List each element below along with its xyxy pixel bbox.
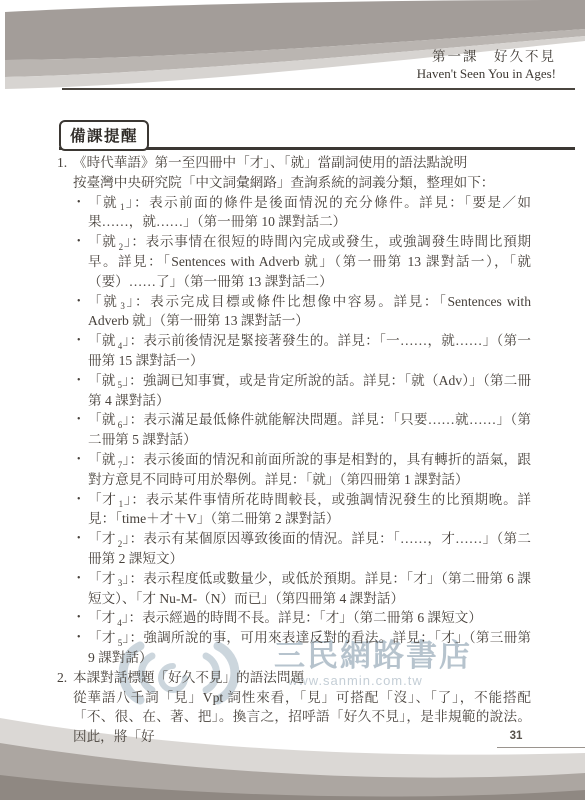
bullet-dot-icon: • xyxy=(77,529,88,569)
grammar-bullet: •「就2」：表示事情在很短的時間內完成或發生，或強調發生時間比預期早。詳見：「S… xyxy=(77,232,531,291)
item-number: 2. xyxy=(57,668,73,747)
document-page: 第一課 好久不見 Haven't Seen You in Ages! 備課提醒 … xyxy=(0,0,585,800)
header-rule xyxy=(62,88,575,90)
grammar-bullet-list: •「就1」：表示前面的條件是後面情況的充分條件。詳見：「要是／如果……，就……」… xyxy=(73,193,531,668)
bullet-dot-icon: • xyxy=(77,569,88,609)
grammar-bullet: •「才1」：表示某件事情所花時間較長，或強調情況發生的比預期晚。詳見：「time… xyxy=(77,490,531,530)
bullet-text: 「才3」：表示程度低或數量少，或低於預期。詳見：「才」（第二冊第 6 課短文）、… xyxy=(88,569,531,609)
item-body: 本課對話標題「好久不見」的語法問題 從華語八千詞「見」Vpt 詞性來看，「見」可… xyxy=(73,668,531,747)
section-title: 備課提醒 xyxy=(70,128,138,145)
bullet-dot-icon: • xyxy=(77,608,88,628)
grammar-bullet: •「才5」：強調所說的事，可用來表達反對的看法。詳見：「才」（第三冊第 9 課對… xyxy=(77,628,531,668)
bullet-text: 「才2」：表示有某個原因導致後面的情況。詳見：「……，才……」（第二冊第 2 課… xyxy=(88,529,531,569)
bullet-dot-icon: • xyxy=(77,292,88,332)
bullet-dot-icon: • xyxy=(77,628,88,668)
item1-intro: 按臺灣中央研究院「中文詞彙網路」查詢系統的詞義分類，整理如下： xyxy=(73,173,531,193)
grammar-bullet: •「就1」：表示前面的條件是後面情況的充分條件。詳見：「要是／如果……，就……」… xyxy=(77,193,531,233)
grammar-bullet: •「才2」：表示有某個原因導致後面的情況。詳見：「……，才……」（第二冊第 2 … xyxy=(77,529,531,569)
numbered-item-1: 1. 《時代華語》第一至四冊中「才」、「就」當副詞使用的語法點說明 按臺灣中央研… xyxy=(57,153,531,668)
grammar-bullet: •「就6」：表示滿足最低條件就能解決問題。詳見：「只要……就……」（第二冊第 5… xyxy=(77,410,531,450)
bullet-dot-icon: • xyxy=(77,193,88,233)
bullet-text: 「才1」：表示某件事情所花時間較長，或強調情況發生的比預期晚。詳見：「time＋… xyxy=(88,490,531,530)
bullet-text: 「就1」：表示前面的條件是後面情況的充分條件。詳見：「要是／如果……，就……」（… xyxy=(88,193,531,233)
bullet-text: 「就7」：表示後面的情況和前面所說的事是相對的，具有轉折的語氣，跟對方意見不同時… xyxy=(88,450,531,490)
bullet-text: 「才5」：強調所說的事，可用來表達反對的看法。詳見：「才」（第三冊第 9 課對話… xyxy=(88,628,531,668)
bullet-dot-icon: • xyxy=(77,490,88,530)
page-number-rule xyxy=(497,747,585,748)
grammar-bullet: •「就5」：強調已知事實，或是肯定所說的話。詳見：「就（Adv）」（第二冊第 4… xyxy=(77,371,531,411)
bullet-dot-icon: • xyxy=(77,450,88,490)
bullet-dot-icon: • xyxy=(77,410,88,450)
grammar-bullet: •「才4」：表示經過的時間不長。詳見：「才」（第二冊第 6 課短文） xyxy=(77,608,531,628)
bullet-dot-icon: • xyxy=(77,232,88,291)
item2-body: 從華語八千詞「見」Vpt 詞性來看，「見」可搭配「沒」、「了」，不能搭配「不、很… xyxy=(73,688,531,747)
item-number: 1. xyxy=(57,153,73,668)
content: 1. 《時代華語》第一至四冊中「才」、「就」當副詞使用的語法點說明 按臺灣中央研… xyxy=(57,153,531,747)
bullet-text: 「就6」：表示滿足最低條件就能解決問題。詳見：「只要……就……」（第二冊第 5 … xyxy=(88,410,531,450)
grammar-bullet: •「才3」：表示程度低或數量少，或低於預期。詳見：「才」（第二冊第 6 課短文）… xyxy=(77,569,531,609)
bullet-text: 「就4」：表示前後情況是緊接著發生的。詳見：「一……，就……」（第一冊第 15 … xyxy=(88,331,531,371)
item2-title: 本課對話標題「好久不見」的語法問題 xyxy=(73,668,531,688)
bullet-dot-icon: • xyxy=(77,371,88,411)
page-number: 31 xyxy=(498,730,534,742)
grammar-bullet: •「就4」：表示前後情況是緊接著發生的。詳見：「一……，就……」（第一冊第 15… xyxy=(77,331,531,371)
grammar-bullet: •「就7」：表示後面的情況和前面所說的事是相對的，具有轉折的語氣，跟對方意見不同… xyxy=(77,450,531,490)
bullet-text: 「就5」：強調已知事實，或是肯定所說的話。詳見：「就（Adv）」（第二冊第 4 … xyxy=(88,371,531,411)
section-title-badge: 備課提醒 xyxy=(59,120,149,151)
numbered-item-2: 2. 本課對話標題「好久不見」的語法問題 從華語八千詞「見」Vpt 詞性來看，「… xyxy=(57,668,531,747)
page-header: 第一課 好久不見 Haven't Seen You in Ages! xyxy=(417,48,556,82)
item1-title: 《時代華語》第一至四冊中「才」、「就」當副詞使用的語法點說明 xyxy=(73,153,531,173)
item-body: 《時代華語》第一至四冊中「才」、「就」當副詞使用的語法點說明 按臺灣中央研究院「… xyxy=(73,153,531,668)
bullet-text: 「才4」：表示經過的時間不長。詳見：「才」（第二冊第 6 課短文） xyxy=(88,608,531,628)
bullet-text: 「就2」：表示事情在很短的時間內完成或發生，或強調發生時間比預期早。詳見：「Se… xyxy=(88,232,531,291)
lesson-title-zh: 第一課 好久不見 xyxy=(417,48,556,65)
grammar-bullet: •「就3」：表示完成目標或條件比想像中容易。詳見：「Sentences with… xyxy=(77,292,531,332)
bullet-text: 「就3」：表示完成目標或條件比想像中容易。詳見：「Sentences with … xyxy=(88,292,531,332)
bullet-dot-icon: • xyxy=(77,331,88,371)
lesson-title-en: Haven't Seen You in Ages! xyxy=(417,65,556,82)
